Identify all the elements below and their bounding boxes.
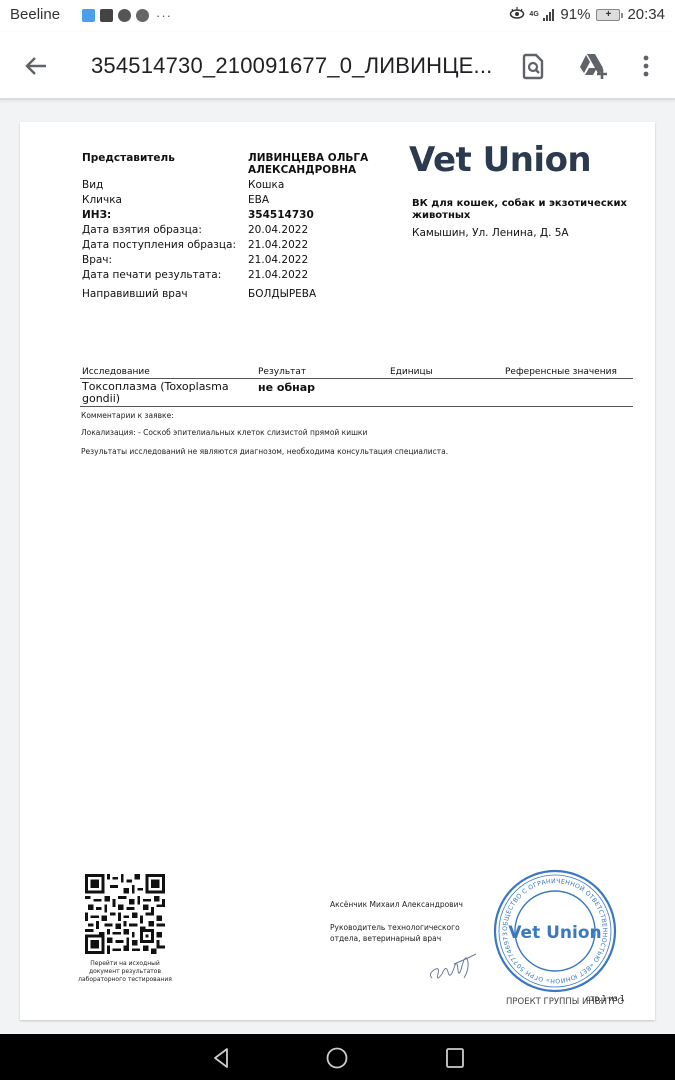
search-in-document-icon <box>518 50 548 82</box>
disclaimer: Результаты исследований не являются диаг… <box>81 447 448 456</box>
home-circle-icon <box>324 1045 350 1071</box>
status-bar: Beeline ··· 4G 91% + 20:34 <box>0 0 675 32</box>
add-to-drive-button[interactable] <box>576 50 610 82</box>
column-result: Результат <box>258 367 306 377</box>
recents-square-icon <box>442 1045 468 1071</box>
more-options-button[interactable] <box>636 50 656 82</box>
back-triangle-icon <box>208 1045 234 1071</box>
files-icon <box>82 9 95 22</box>
representative-value: ЛИВИНЦЕВА ОЛЬГА АЛЕКСАНДРОВНА <box>248 152 388 176</box>
comments-label: Комментарии к заявке: <box>81 411 174 420</box>
signer-name: Аксёнчик Михаил Александрович <box>330 900 463 909</box>
network-type: 4G <box>529 11 537 18</box>
battery-charging-icon: + <box>596 9 620 21</box>
representative-label: Представитель <box>82 152 175 164</box>
test-name: Токсоплазма (Toxoplasma gondii) <box>82 381 242 405</box>
qr-code[interactable] <box>85 874 165 954</box>
add-to-drive-icon <box>576 50 610 82</box>
results-header: Исследование Результат Единицы Референсн… <box>80 366 633 379</box>
test-result: не обнар <box>258 381 315 394</box>
results-table: Исследование Результат Единицы Референсн… <box>80 366 633 407</box>
chrome-icon <box>136 9 149 22</box>
clinic-logo: Vet Union <box>409 140 591 180</box>
navigation-bar <box>0 1034 675 1080</box>
clock: 20:34 <box>627 6 665 23</box>
column-test: Исследование <box>82 367 150 377</box>
column-reference: Референсные значения <box>505 367 617 377</box>
nav-back-button[interactable] <box>208 1045 234 1071</box>
notes-icon <box>100 9 113 22</box>
status-indicators: 4G 91% + 20:34 <box>509 6 665 23</box>
eye-comfort-icon <box>509 6 525 23</box>
arrow-left-icon <box>20 50 52 82</box>
back-button[interactable] <box>20 50 52 82</box>
more-vert-icon <box>636 50 656 82</box>
clinic-address: Камышин, Ул. Ленина, Д. 5А <box>412 227 569 239</box>
column-units: Единицы <box>390 367 433 377</box>
table-row: Токсоплазма (Toxoplasma gondii) не обнар <box>80 379 633 407</box>
nav-home-button[interactable] <box>324 1045 350 1071</box>
document-page: Представитель ЛИВИНЦЕВА ОЛЬГА АЛЕКСАНДРО… <box>20 122 655 1020</box>
qr-caption: Перейти на исходный документ результатов… <box>75 960 175 984</box>
app-icon <box>118 9 131 22</box>
app-bar: 354514730_210091677_0_ЛИВИНЦЕ... <box>0 32 675 100</box>
clinic-name: ВК для кошек, собак и экзотических живот… <box>412 198 632 222</box>
localization-note: Локализация: - Соскоб эпителиальных клет… <box>81 428 367 437</box>
document-title: 354514730_210091677_0_ЛИВИНЦЕ... <box>91 53 493 79</box>
more-notifications-icon: ··· <box>156 8 172 23</box>
nav-recents-button[interactable] <box>442 1045 468 1071</box>
signature-image <box>424 944 484 984</box>
signer-title: Руководитель технологического отдела, ве… <box>330 922 480 944</box>
notification-icons: ··· <box>82 8 172 23</box>
carrier-name: Beeline <box>10 6 60 23</box>
search-in-document-button[interactable] <box>518 50 548 82</box>
page-number: стр.1 из 1 <box>586 994 625 1003</box>
stamp-seal: ОБЩЕСТВО С ОГРАНИЧЕННОЙ ОТВЕТСТВЕННОСТЬЮ… <box>492 868 618 994</box>
signal-icon <box>543 9 554 21</box>
battery-percent: 91% <box>560 6 590 23</box>
stamp-center-text: Vet Union <box>508 923 601 943</box>
